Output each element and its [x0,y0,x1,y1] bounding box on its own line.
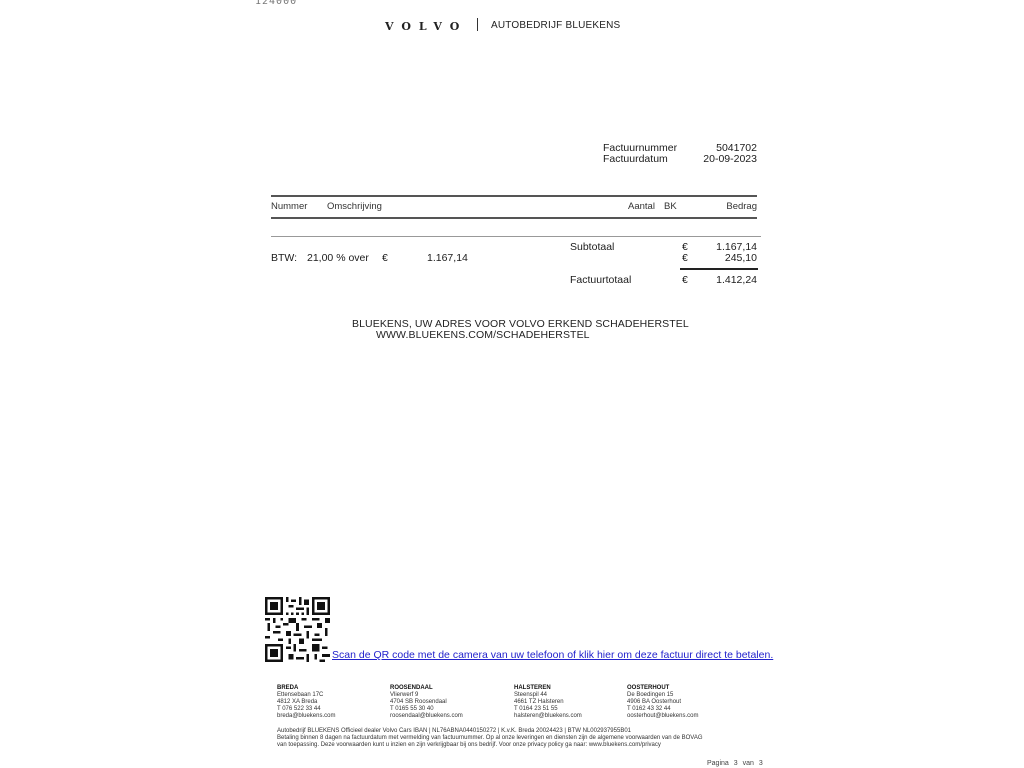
document-reference: 124000 [255,0,297,7]
vat-base-amount: 1.167,14 [427,252,468,264]
vat-rate: 21,00 % over [307,252,369,264]
branch-city: 4704 SB Roosendaal [390,699,463,706]
subtotal-label: Subtotaal [570,241,614,253]
pagination-total: 3 [759,760,763,767]
branch-phone: T 0162 43 32 44 [627,706,698,713]
logo-divider [477,18,478,31]
column-header-aantal: Aantal [628,201,655,212]
branch-city: 4661 TZ Halsteren [514,699,582,706]
branch-name: ROOSENDAAL [390,685,463,692]
branch-street: Vlierwerf 9 [390,692,463,699]
legal-line-company: Autobedrijf BLUEKENS Officieel dealer Vo… [277,728,702,735]
branch-phone: T 0165 55 30 40 [390,706,463,713]
invoice-date-value: 20-09-2023 [703,153,757,165]
branch-street: De Boedingen 15 [627,692,698,699]
branch-name: BREDA [277,685,335,692]
branch-breda: BREDA Ettensebaan 17C 4812 XA Breda T 07… [277,685,335,720]
table-header-bottom-rule [271,217,757,219]
promo-line-2: WWW.BLUEKENS.COM/SCHADEHERSTEL [376,329,590,341]
vat-currency: € [682,252,688,264]
invoice-date-label: Factuurdatum [603,153,668,165]
branch-email: roosendaal@bluekens.com [390,713,463,720]
branch-street: Ettensebaan 17C [277,692,335,699]
branch-oosterhout: OOSTERHOUT De Boedingen 15 4906 BA Ooste… [627,685,698,720]
column-header-bk: BK [664,201,677,212]
pagination-current: 3 [734,760,738,767]
branch-name: HALSTEREN [514,685,582,692]
legal-footer: Autobedrijf BLUEKENS Officieel dealer Vo… [277,728,702,749]
branch-street: Steenspil 44 [514,692,582,699]
vat-label: BTW: [271,252,297,264]
legal-line-privacy: van toepassing. Deze voorwaarden kunt u … [277,742,702,749]
branch-roosendaal: ROOSENDAAL Vlierwerf 9 4704 SB Roosendaa… [390,685,463,720]
total-value: 1.412,24 [716,274,757,286]
column-header-nummer: Nummer [271,201,307,212]
branch-email: breda@bluekens.com [277,713,335,720]
table-end-rule [271,236,761,237]
total-rule [680,268,758,270]
branch-name: OOSTERHOUT [627,685,698,692]
branch-city: 4906 BA Oosterhout [627,699,698,706]
column-header-bedrag: Bedrag [726,201,757,212]
legal-line-payment-terms: Betaling binnen 8 dagen na factuurdatum … [277,735,702,742]
total-label: Factuurtotaal [570,274,631,286]
branch-halsteren: HALSTEREN Steenspil 44 4661 TZ Halsteren… [514,685,582,720]
vat-base-currency: € [382,252,388,264]
total-currency: € [682,274,688,286]
vat-value: 245,10 [725,252,757,264]
branch-city: 4812 XA Breda [277,699,335,706]
branch-phone: T 0164 23 51 55 [514,706,582,713]
column-header-omschrijving: Omschrijving [327,201,382,212]
branch-email: halsteren@bluekens.com [514,713,582,720]
qr-code-icon[interactable] [265,597,330,662]
pagination: Pagina 3 van 3 [707,760,763,767]
payment-link[interactable]: Scan de QR code met de camera van uw tel… [332,649,773,661]
table-top-rule [271,195,757,197]
volvo-logo: VOLVO [385,20,467,33]
pagination-label: Pagina [707,760,729,767]
pagination-of-label: van [743,760,754,767]
branch-email: oosterhout@bluekens.com [627,713,698,720]
dealer-name: AUTOBEDRIJF BLUEKENS [491,20,620,31]
branch-phone: T 076 522 33 44 [277,706,335,713]
